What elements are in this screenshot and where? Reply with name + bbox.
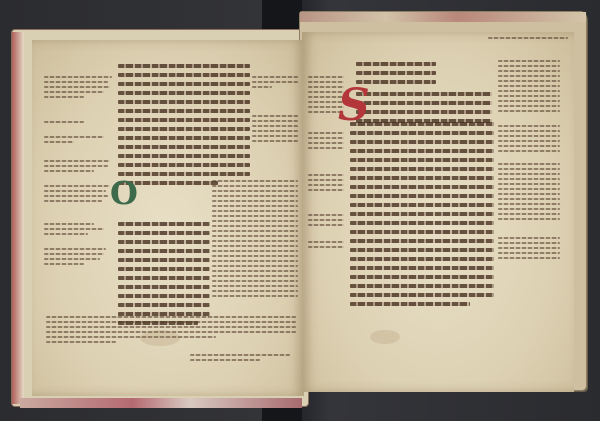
right-page-main-text-body [350, 122, 494, 311]
right-page-stack-top-edge [300, 12, 586, 22]
red-illuminated-initial-s: S [338, 80, 370, 131]
left-page-inner-gloss [212, 180, 298, 300]
parchment-stain [370, 330, 400, 344]
left-page-bottom-note [190, 354, 290, 364]
right-page-header-note [488, 37, 568, 42]
left-page-outer-gloss [44, 76, 114, 268]
green-illuminated-initial-o: O [110, 174, 138, 212]
right-page-outer-gloss [498, 60, 560, 262]
parchment-stain [140, 330, 180, 346]
left-page-main-text [118, 64, 250, 190]
left-page-top-right-gloss [252, 76, 298, 145]
gutter-shadow-top [262, 0, 302, 30]
left-cover-edge [12, 32, 24, 404]
left-page-main-text-lower [118, 222, 210, 330]
left-cover-bottom-edge [20, 398, 302, 408]
